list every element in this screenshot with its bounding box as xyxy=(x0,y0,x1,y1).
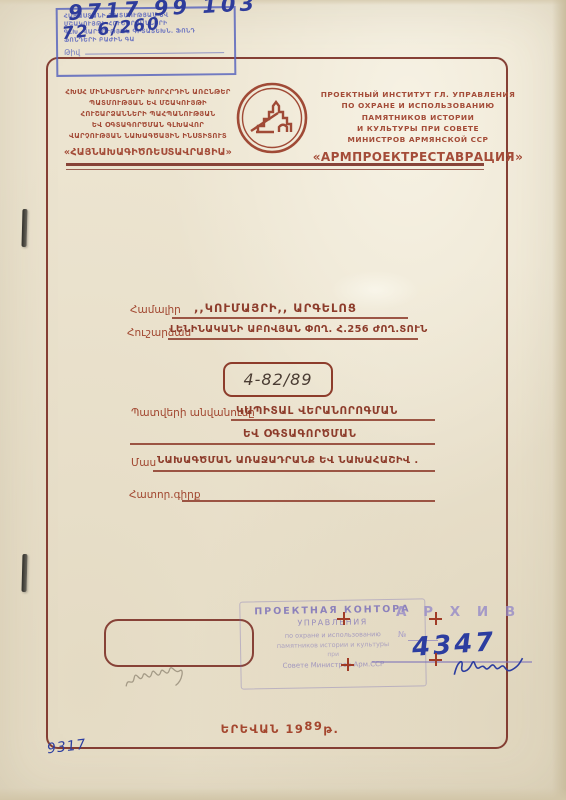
archive-signature xyxy=(447,653,526,683)
letterhead-armenian: ՀԽՍՀ ՄԻՆԻՍՏՐՆԵՐԻ ԽՈՐՀՐԴԻՆ ԱՌԸՆԹԵՐ ՊԱՏՄՈՒ… xyxy=(50,87,246,158)
project-office-stamp-line: при xyxy=(241,649,425,659)
field-underline-part xyxy=(153,470,435,472)
field-underline-order1 xyxy=(231,419,435,421)
registry-number-blank-line xyxy=(85,47,224,55)
field-value-order-line1: ԿԱՊԻՏԱԼ ՎԵՐԱՆՈՐՈԳՄԱՆ xyxy=(236,405,398,417)
scan-edge-right xyxy=(552,0,566,800)
letterhead-russian-line: ПРОЕКТНЫЙ ИНСТИТУТ ГЛ. УПРАВЛЕНИЯ xyxy=(303,89,533,100)
letterhead-armenian-line: ՀՈՒՇԱՐՁԱՆՆԵՐԻ ՊԱՀՊԱՆՈՒԹՅԱՆ xyxy=(50,109,246,120)
staple-bottom xyxy=(22,554,28,592)
footer-year-raised: 89 xyxy=(304,719,323,733)
field-label-part: Մաս xyxy=(131,457,156,469)
field-label-complex: Համալիր xyxy=(130,304,181,316)
registration-cross-mark xyxy=(341,658,354,671)
institute-logo-icon xyxy=(234,80,310,156)
letterhead-armenian-line: ԵՎ ՕԳՏԱԳՈՐԾՄԱՆ ԳԼԽԱՎՈՐ xyxy=(50,120,246,131)
letterhead-armenian-line: ՊԱՏՄՈՒԹՅԱՆ ԵՎ ՄՇԱԿՈՒՅԹԻ xyxy=(50,98,246,109)
footer-city-year-prefix: ԵՐԵՎԱՆ 19 xyxy=(221,722,305,736)
registration-cross-mark xyxy=(337,612,350,625)
registration-cross-mark xyxy=(429,653,442,666)
archive-stamp-title: А Р Х И В xyxy=(396,604,496,620)
field-value-monument: ԼԵՆԻՆԱԿԱՆԻ ԱԲՈՎՅԱՆ ՓՈՂ. Հ.256 ԺՈՂ.ՏՈՒՆ xyxy=(170,324,428,335)
archive-number-label: № xyxy=(398,630,406,639)
field-underline-complex xyxy=(172,317,408,319)
field-underline-volume xyxy=(182,500,435,502)
letterhead-armenian-line: ՎԱՐՉՈՒԹՅԱՆ ՆԱԽԱԳԾԱՅԻՆ ԻՆՍՏԻՏՈՒՏ xyxy=(50,131,246,142)
header-divider-thin xyxy=(66,169,484,170)
field-underline-monument xyxy=(168,338,418,340)
letterhead-russian-line: МИНИСТРОВ АРМЯНСКОЙ ССР xyxy=(303,134,533,145)
registration-cross-mark xyxy=(429,612,442,625)
staple-top xyxy=(22,209,28,247)
project-code: 4-82/89 xyxy=(243,370,312,389)
letterhead-russian-line: ПАМЯТНИКОВ ИСТОРИИ xyxy=(303,112,533,123)
footer-year-suffix: թ. xyxy=(323,722,339,736)
letterhead-russian-line: ПО ОХРАНЕ И ИСПОЛЬЗОВАНИЮ xyxy=(303,100,533,111)
field-value-complex: ,,ԿՈՒՄԱՅՐԻ,, ԱՐԳԵԼՈՑ xyxy=(194,301,357,315)
institute-name-armenian: «ՀԱՅՆԱԽԱԳԻԾՌԵՍՏԱՎՐԱՑԻԱ» xyxy=(50,147,246,158)
field-underline-order2 xyxy=(130,443,435,445)
scanned-document-cover: ՀԱՅԱՍՏԱՆԻ ՊԱՏՄՈՒԹՅԱՆ ԵՎ ՄՇԱԿՈՒՅԹԻ ՀՈՒՇԱՐ… xyxy=(0,0,566,800)
scan-edge-bottom xyxy=(0,788,566,800)
registry-number-label: Թիվ xyxy=(64,48,80,57)
registry-number-row: Թիվ xyxy=(64,47,228,58)
project-code-box: 4-82/89 xyxy=(223,362,333,397)
letterhead-russian-line: И КУЛЬТУРЫ ПРИ СОВЕТЕ xyxy=(303,123,533,134)
letterhead-russian: ПРОЕКТНЫЙ ИНСТИТУТ ГЛ. УПРАВЛЕНИЯ ПО ОХР… xyxy=(303,89,533,164)
field-value-order-line2: ԵՎ ՕԳՏԱԳՈՐԾՄԱՆ xyxy=(243,428,357,440)
field-value-part: ՆԱԽԱԳԾՄԱՆ ԱՌԱՋԱԴՐԱՆՔ ԵՎ ՆԱԽԱՀԱՇԻՎ . xyxy=(157,455,419,466)
letterhead-armenian-line: ՀԽՍՀ ՄԻՆԻՍՏՐՆԵՐԻ ԽՈՐՀՐԴԻՆ ԱՌԸՆԹԵՐ xyxy=(50,87,246,98)
footer-city-year: ԵՐԵՎԱՆ 1989թ. xyxy=(150,722,410,736)
handwritten-inventory-number: 9317 xyxy=(46,737,87,758)
header-divider-thick xyxy=(66,163,484,166)
